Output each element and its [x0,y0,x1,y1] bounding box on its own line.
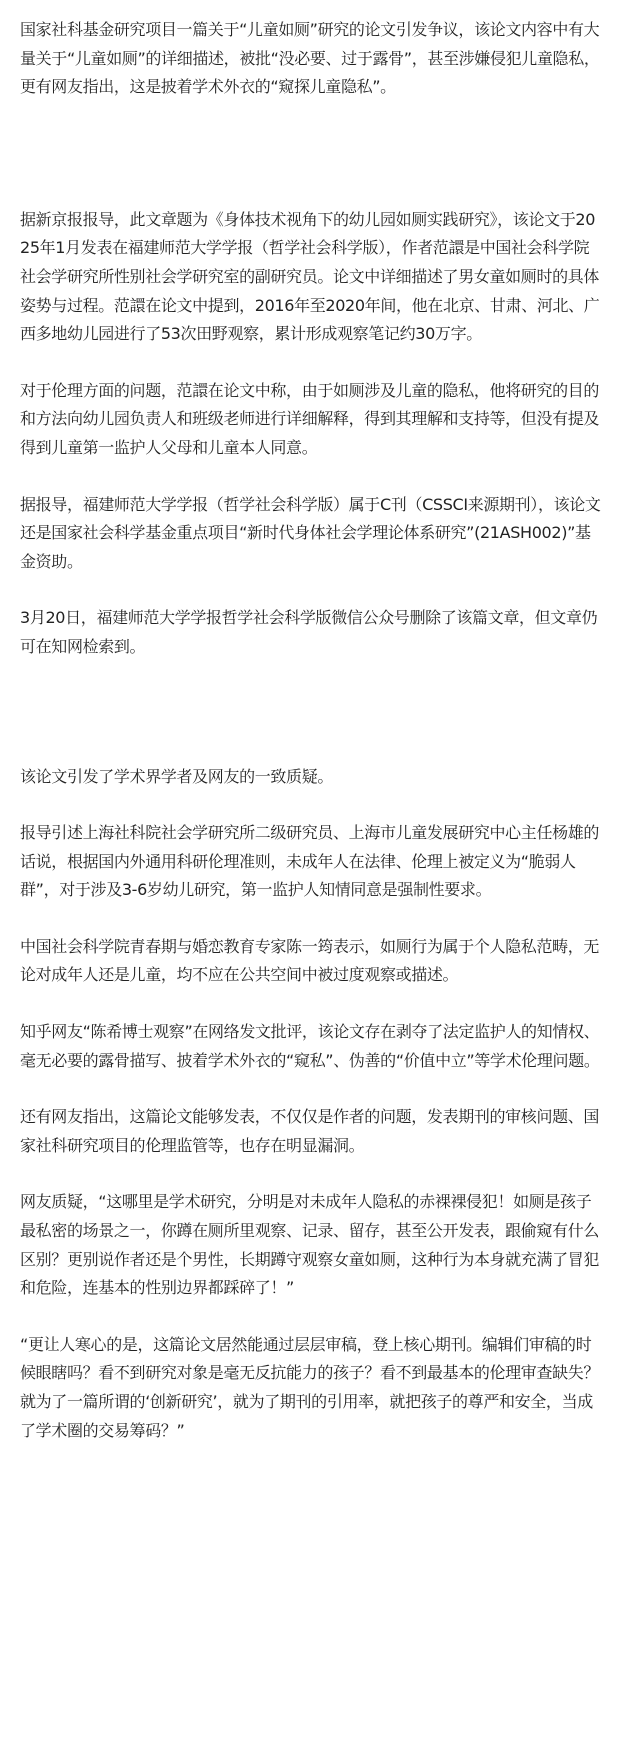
paragraph-intro: 国家社科基金研究项目一篇关于“儿童如厕”研究的论文引发争议，该论文内容中有大量关… [20,16,601,102]
paragraph-zhihu-critique: 知乎网友“陈希博士观察”在网络发文批评，该论文存在剥夺了法定监护人的知情权、毫无… [20,1018,601,1075]
blank-media-block [20,690,601,763]
paragraph-review-loopholes: 还有网友指出，这篇论文能够发表，不仅仅是作者的问题，发表期刊的审核问题、国家社科… [20,1103,601,1160]
paragraph-expert-chen: 中国社会科学院青春期与婚恋教育专家陈一筠表示，如厕行为属于个人隐私范畴，无论对成… [20,933,601,990]
paragraph-deletion: 3月20日，福建师范大学学报哲学社会科学版微信公众号删除了该篇文章，但文章仍可在… [20,604,601,661]
paragraph-netizen-quote-1: 网友质疑，“这哪里是学术研究，分明是对未成年人隐私的赤裸裸侵犯！如厕是孩子最私密… [20,1188,601,1302]
paragraph-paper-details: 据新京报报导，此文章题为《身体技术视角下的幼儿园如厕实践研究》，该论文于2025… [20,206,601,349]
paragraph-ethics-claim: 对于伦理方面的问题，范譞在论文中称，由于如厕涉及儿童的隐私，他将研究的目的和方法… [20,377,601,463]
paragraph-controversy: 该论文引发了学术界学者及网友的一致质疑。 [20,763,601,792]
paragraph-journal-funding: 据报导，福建师范大学学报（哲学社会科学版）属于C刊（CSSCI来源期刊），该论文… [20,491,601,577]
paragraph-expert-yang: 报导引述上海社科院社会学研究所二级研究员、上海市儿童发展研究中心主任杨雄的话说，… [20,819,601,905]
blank-media-block [20,130,601,206]
article-body: 国家社科基金研究项目一篇关于“儿童如厕”研究的论文引发争议，该论文内容中有大量关… [0,0,620,1445]
paragraph-netizen-quote-2: “更让人寒心的是，这篇论文居然能通过层层审稿，登上核心期刊。编辑们审稿的时候眼瞎… [20,1331,601,1445]
